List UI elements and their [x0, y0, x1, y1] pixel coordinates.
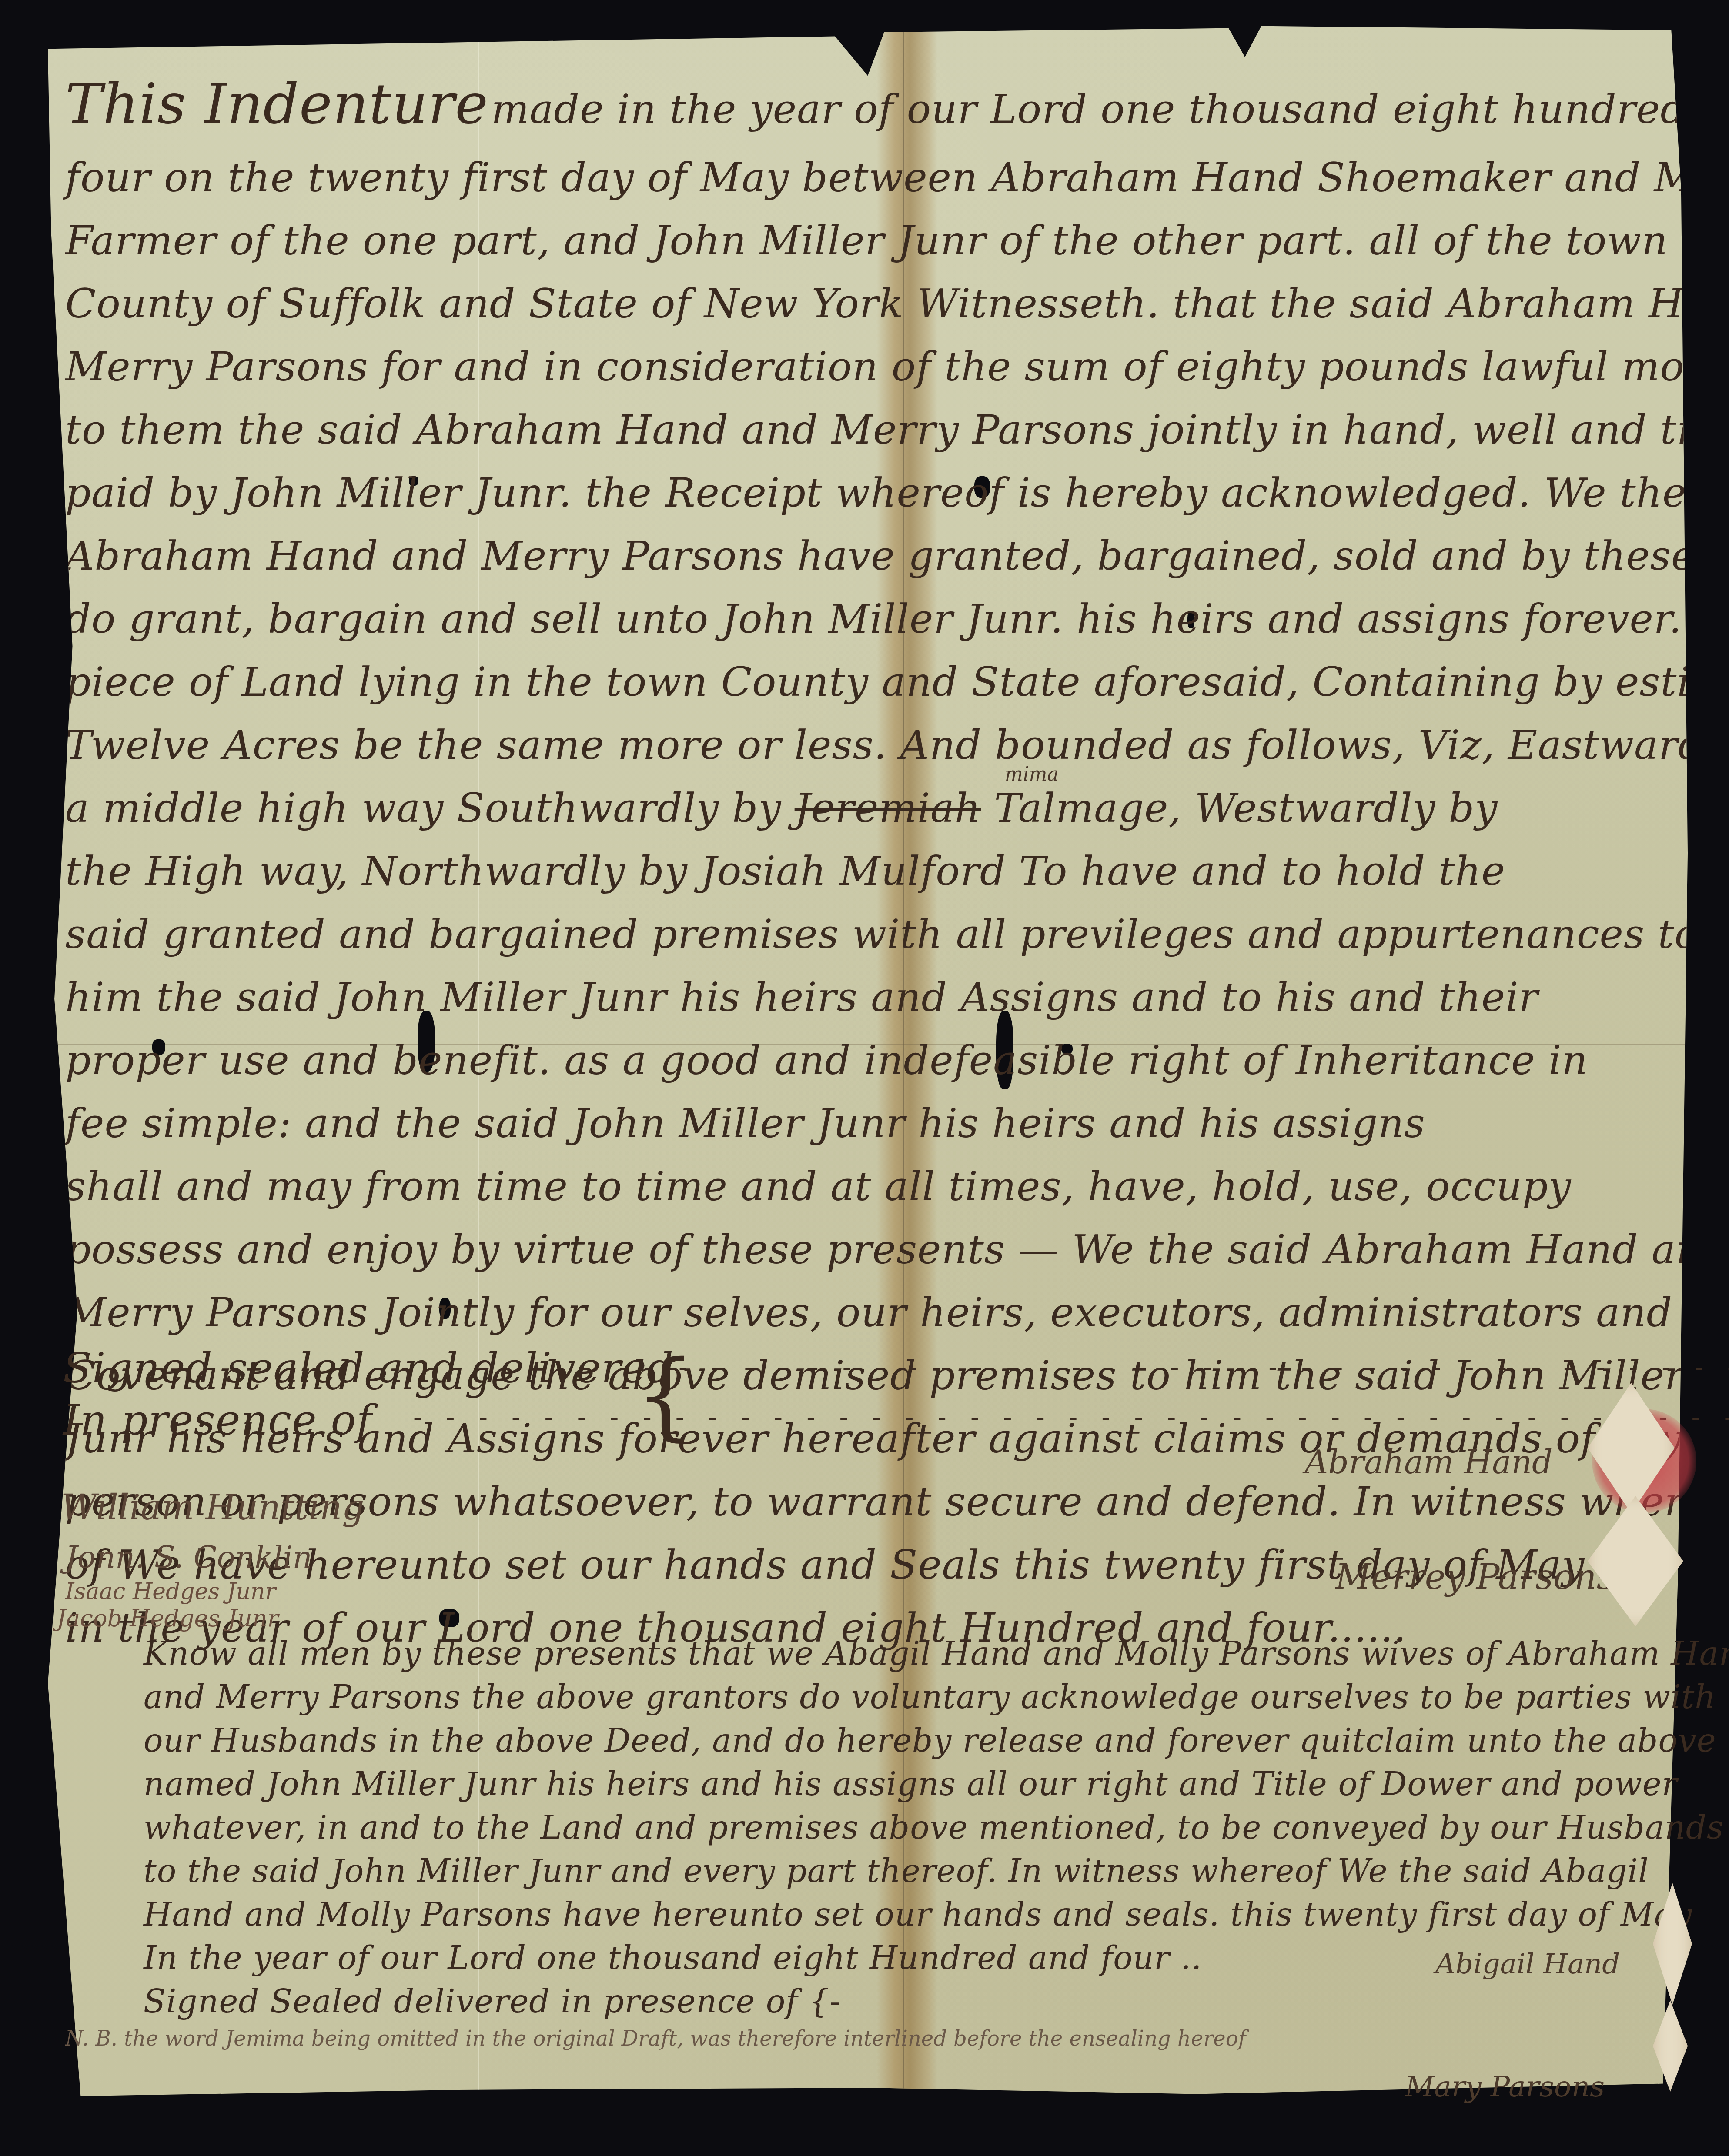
text-line-22: Junr his heirs and Assigns forever herea…	[65, 1415, 1682, 1462]
text-line-1: This Indenture made in the year of our L…	[65, 72, 1729, 137]
text-line-16: proper use and benefit. as a good and in…	[65, 1037, 1588, 1084]
text-line-2: four on the twenty first day of May betw…	[65, 154, 1729, 201]
text-line-20: Merry Parsons Jointly for our selves, ou…	[65, 1289, 1729, 1336]
text-line-19: possess and enjoy by virtue of these pre…	[65, 1226, 1728, 1273]
text-line-13: the High way, Northwardly by Josiah Mulf…	[65, 848, 1505, 894]
text-line-4: County of Suffolk and State of New York …	[65, 280, 1729, 327]
text-line-8: Abraham Hand and Merry Parsons have gran…	[65, 533, 1729, 579]
interlineation: mima	[1005, 763, 1059, 785]
text-line-9: do grant, bargain and sell unto John Mil…	[65, 596, 1729, 642]
text-line-10: piece of Land lying in the town County a…	[65, 659, 1729, 705]
text-line-15: him the said John Miller Junr his heirs …	[65, 974, 1538, 1021]
text-line-6: to them the said Abraham Hand and Merry …	[65, 407, 1729, 453]
text-line-17: fee simple: and the said John Miller Jun…	[65, 1100, 1425, 1147]
text-line-23: person or persons whatsoever, to warrant…	[65, 1478, 1722, 1525]
text-line-14: said granted and bargained premises with…	[65, 911, 1699, 958]
text-line-18: shall and may from time to time and at a…	[65, 1163, 1572, 1210]
struck-word: Jeremiah	[795, 785, 981, 831]
deed-paper: This Indenture made in the year of our L…	[48, 24, 1688, 2098]
text-line-5: Merry Parsons for and in consideration o…	[65, 344, 1729, 390]
text-line-7: paid by John Miller Junr. the Receipt wh…	[65, 470, 1729, 516]
text-line-3: Farmer of the one part, and John Miller …	[65, 217, 1729, 264]
text-line-12: a middle high way Southwardly by Jeremia…	[65, 785, 1498, 831]
text-line-25: in the year of our Lord one thousand eig…	[65, 1605, 1407, 1651]
text-line-11: Twelve Acres be the same more or less. A…	[65, 722, 1729, 768]
lead-words: This Indenture	[65, 72, 488, 137]
text-line-21: Covenant and engage the above demised pr…	[65, 1352, 1684, 1399]
text-line-24: of We have hereunto set our hands and Se…	[65, 1542, 1585, 1588]
